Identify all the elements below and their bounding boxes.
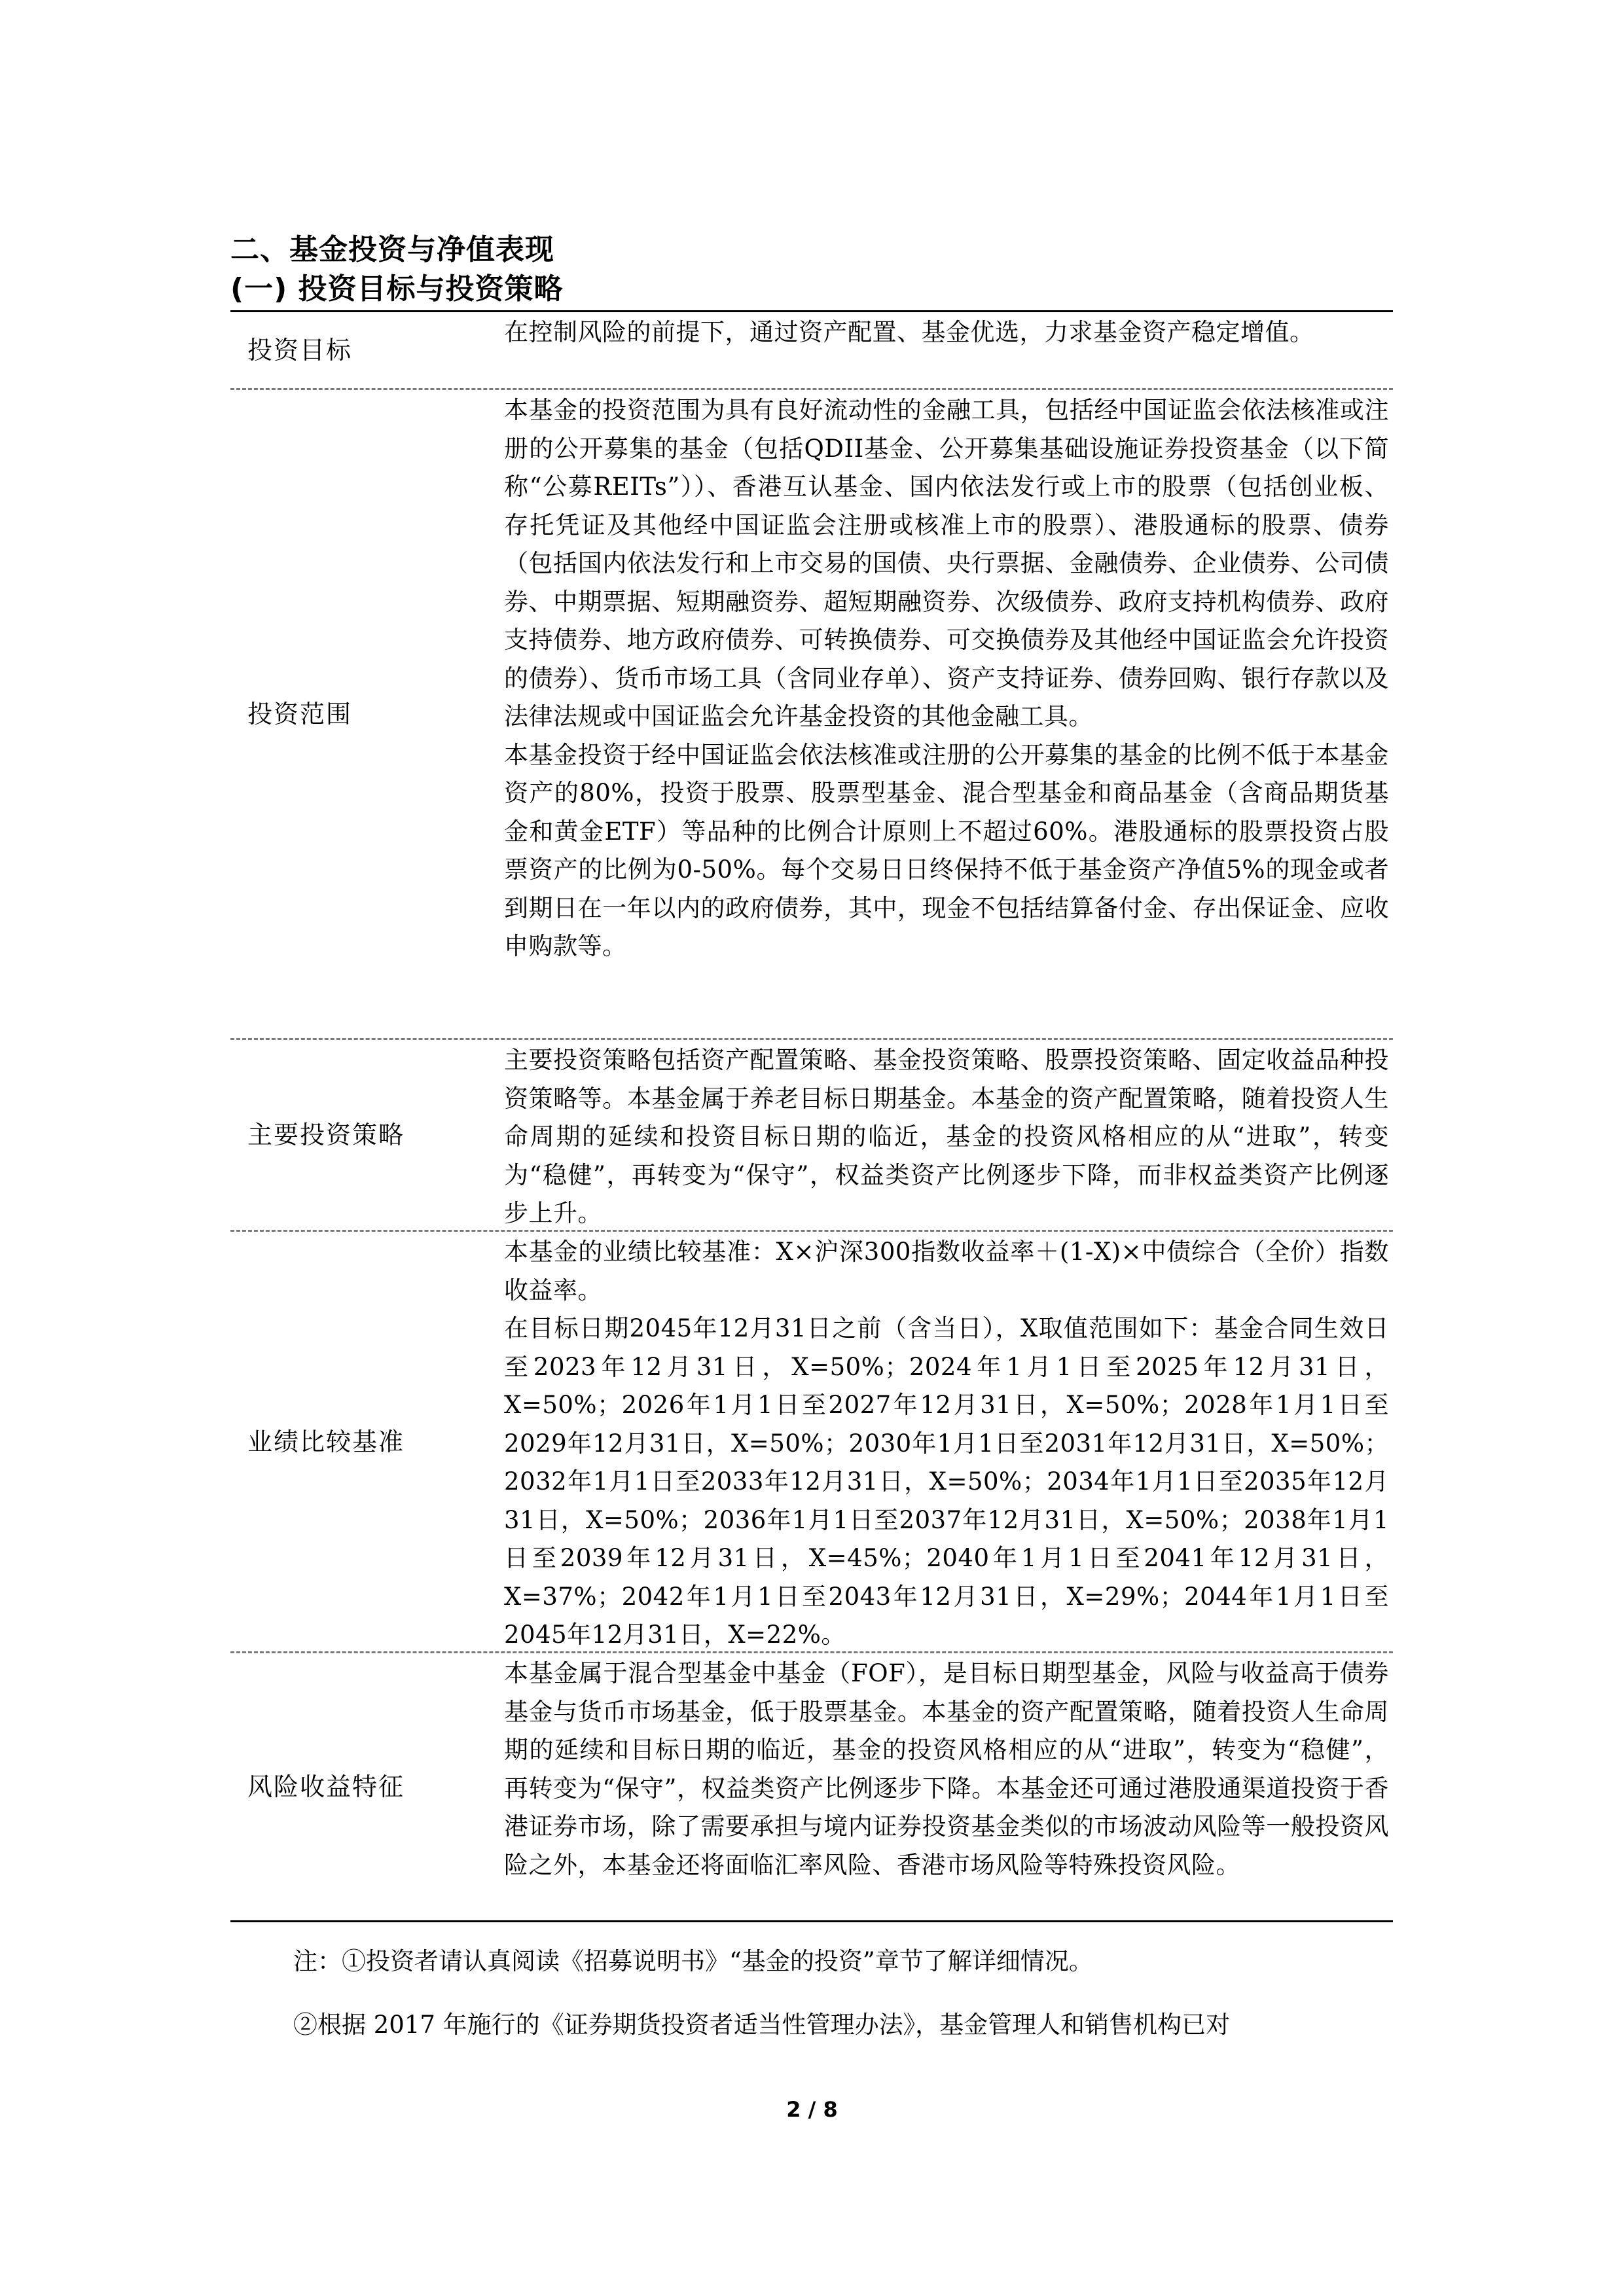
paragraph: 在目标日期2045年12月31日之前（含当日），X取值范围如下：基金合同生效日至… <box>504 1310 1389 1655</box>
section-title: 二、基金投资与净值表现 <box>230 230 554 270</box>
row-content: 本基金属于混合型基金中基金（FOF），是目标日期型基金，风险与收益高于债券基金与… <box>504 1653 1393 1920</box>
table-row-benchmark: 业绩比较基准 本基金的业绩比较基准：X×沪深300指数收益率＋(1-X)×中债综… <box>230 1232 1393 1653</box>
table-row-investment-scope: 投资范围 本基金的投资范围为具有良好流动性的金融工具，包括经中国证监会依法核准或… <box>230 390 1393 1040</box>
row-content: 在控制风险的前提下，通过资产配置、基金优选，力求基金资产稳定增值。 <box>504 312 1393 388</box>
investment-strategy-table: 投资目标 在控制风险的前提下，通过资产配置、基金优选，力求基金资产稳定增值。 投… <box>230 310 1393 1922</box>
note-1: 注：①投资者请认真阅读《招募说明书》“基金的投资”章节了解详细情况。 <box>230 1943 1393 1981</box>
row-label: 业绩比较基准 <box>230 1232 504 1651</box>
paragraph: 本基金的投资范围为具有良好流动性的金融工具，包括经中国证监会依法核准或注册的公开… <box>504 391 1389 736</box>
row-label: 风险收益特征 <box>230 1653 504 1920</box>
table-row-main-strategy: 主要投资策略 主要投资策略包括资产配置策略、基金投资策略、股票投资策略、固定收益… <box>230 1040 1393 1232</box>
row-content: 主要投资策略包括资产配置策略、基金投资策略、股票投资策略、固定收益品种投资策略等… <box>504 1040 1393 1230</box>
paragraph: 本基金属于混合型基金中基金（FOF），是目标日期型基金，风险与收益高于债券基金与… <box>504 1655 1389 1884</box>
row-label: 投资目标 <box>230 312 504 388</box>
note-2: ②根据 2017 年施行的《证券期货投资者适当性管理办法》，基金管理人和销售机构… <box>230 2006 1393 2044</box>
paragraph: 在控制风险的前提下，通过资产配置、基金优选，力求基金资产稳定增值。 <box>504 314 1389 352</box>
subsection-title: (一) 投资目标与投资策略 <box>230 270 564 309</box>
paragraph: 主要投资策略包括资产配置策略、基金投资策略、股票投资策略、固定收益品种投资策略等… <box>504 1041 1389 1233</box>
table-row-risk-return: 风险收益特征 本基金属于混合型基金中基金（FOF），是目标日期型基金，风险与收益… <box>230 1653 1393 1920</box>
row-content: 本基金的业绩比较基准：X×沪深300指数收益率＋(1-X)×中债综合（全价）指数… <box>504 1232 1393 1651</box>
paragraph: 本基金投资于经中国证监会依法核准或注册的公开募集的基金的比例不低于本基金资产的8… <box>504 736 1389 966</box>
row-label: 投资范围 <box>230 390 504 1038</box>
paragraph: 本基金的业绩比较基准：X×沪深300指数收益率＋(1-X)×中债综合（全价）指数… <box>504 1233 1389 1310</box>
row-content: 本基金的投资范围为具有良好流动性的金融工具，包括经中国证监会依法核准或注册的公开… <box>504 390 1393 1038</box>
page-number: 2 / 8 <box>0 2093 1624 2126</box>
table-row-investment-objective: 投资目标 在控制风险的前提下，通过资产配置、基金优选，力求基金资产稳定增值。 <box>230 312 1393 390</box>
row-label: 主要投资策略 <box>230 1040 504 1230</box>
